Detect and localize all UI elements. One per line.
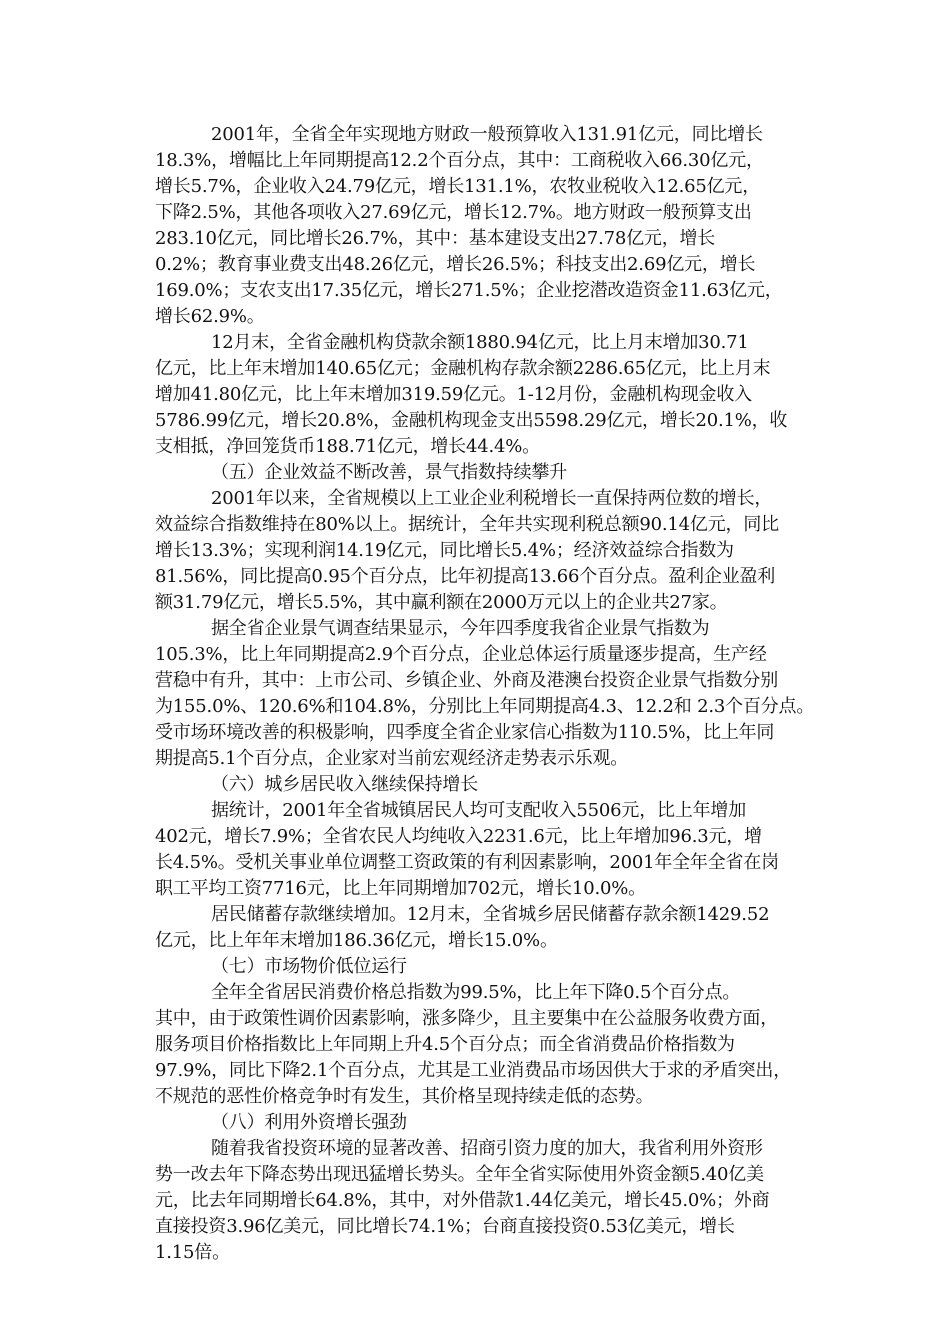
section-heading-foreign-investment: （八）利用外资增长强劲 (155, 1110, 815, 1136)
text-line: 长4.5%。受机关事业单位调整工资政策的有利因素影响，2001年全年全省在岗 (155, 850, 815, 876)
text-line: 效益综合指数维持在80%以上。据统计，全年共实现利税总额90.14亿元，同比 (155, 512, 815, 538)
text-line: 增长13.3%；实现利润14.19亿元，同比增长5.4%；经济效益综合指数为 (155, 538, 815, 564)
text-line: 增长5.7%，企业收入24.79亿元，增长131.1%，农牧业税收入12.65亿… (155, 174, 815, 200)
text-line: 直接投资3.96亿美元，同比增长74.1%；台商直接投资0.53亿美元，增长 (155, 1214, 815, 1240)
text-line: 2001年，全省全年实现地方财政一般预算收入131.91亿元，同比增长 (155, 122, 815, 148)
text-line: 0.2%；教育事业费支出48.26亿元，增长26.5%；科技支出2.69亿元，增… (155, 252, 815, 278)
paragraph-income-statistics: 据统计，2001年全省城镇居民人均可支配收入5506元，比上年增加 402元，增… (155, 798, 815, 902)
text-line: 为155.0%、120.6%和104.8%，分别比上年同期提高4.3、12.2和… (155, 694, 815, 720)
paragraph-foreign-capital: 随着我省投资环境的显著改善、招商引资力度的加大，我省利用外资形 势一改去年下降态… (155, 1136, 815, 1266)
section-heading-resident-income: （六）城乡居民收入继续保持增长 (155, 772, 815, 798)
text-line: 额31.79亿元，增长5.5%，其中赢利额在2000万元以上的企业共27家。 (155, 590, 815, 616)
text-line: 12月末，全省金融机构贷款余额1880.94亿元，比上月末增加30.71 (155, 330, 815, 356)
text-line: 据全省企业景气调查结果显示，今年四季度我省企业景气指数为 (155, 616, 815, 642)
paragraph-consumer-prices: 全年全省居民消费价格总指数为99.5%，比上年下降0.5个百分点。 其中，由于政… (155, 980, 815, 1110)
text-line: 5786.99亿元，增长20.8%，金融机构现金支出5598.29亿元，增长20… (155, 408, 815, 434)
text-line: 169.0%；支农支出17.35亿元，增长271.5%；企业挖潜改造资金11.6… (155, 278, 815, 304)
text-line: 居民储蓄存款继续增加。12月末，全省城乡居民储蓄存款余额1429.52 (155, 902, 815, 928)
text-line: 402元，增长7.9%；全省农民人均纯收入2231.6元，比上年增加96.3元，… (155, 824, 815, 850)
paragraph-financial-institutions: 12月末，全省金融机构贷款余额1880.94亿元，比上月末增加30.71 亿元，… (155, 330, 815, 460)
text-line: 受市场环境改善的积极影响，四季度全省企业家信心指数为110.5%，比上年同 (155, 720, 815, 746)
paragraph-business-climate: 据全省企业景气调查结果显示，今年四季度我省企业景气指数为 105.3%，比上年同… (155, 616, 815, 772)
section-heading-enterprise-efficiency: （五）企业效益不断改善，景气指数持续攀升 (155, 460, 815, 486)
text-line: 不规范的恶性价格竞争时有发生，其价格呈现持续走低的态势。 (155, 1084, 815, 1110)
text-line: 增加41.80亿元，比上年末增加319.59亿元。1-12月份，金融机构现金收入 (155, 382, 815, 408)
text-line: 81.56%，同比提高0.95个百分点，比年初提高13.66个百分点。盈利企业盈… (155, 564, 815, 590)
text-line: 支相抵，净回笼货币188.71亿元，增长44.4%。 (155, 434, 815, 460)
text-line: 随着我省投资环境的显著改善、招商引资力度的加大，我省利用外资形 (155, 1136, 815, 1162)
text-line: 服务项目价格指数比上年同期上升4.5个百分点；而全省消费品价格指数为 (155, 1032, 815, 1058)
text-line: 18.3%，增幅比上年同期提高12.2个百分点，其中：工商税收入66.30亿元， (155, 148, 815, 174)
section-heading-market-prices: （七）市场物价低位运行 (155, 954, 815, 980)
text-line: 下降2.5%，其他各项收入27.69亿元，增长12.7%。地方财政一般预算支出 (155, 200, 815, 226)
text-line: 元，比去年同期增长64.8%，其中，对外借款1.44亿美元，增长45.0%；外商 (155, 1188, 815, 1214)
text-line: 职工平均工资7716元，比上年同期增加702元，增长10.0%。 (155, 876, 815, 902)
text-line: 1.15倍。 (155, 1240, 815, 1266)
text-line: 2001年以来，全省规模以上工业企业利税增长一直保持两位数的增长， (155, 486, 815, 512)
text-line: 283.10亿元，同比增长26.7%，其中：基本建设支出27.78亿元，增长 (155, 226, 815, 252)
text-line: 期提高5.1个百分点，企业家对当前宏观经济走势表示乐观。 (155, 746, 815, 772)
text-line: 势一改去年下降态势出现迅猛增长势头。全年全省实际使用外资金额5.40亿美 (155, 1162, 815, 1188)
text-line: 增长62.9%。 (155, 304, 815, 330)
text-line: 据统计，2001年全省城镇居民人均可支配收入5506元，比上年增加 (155, 798, 815, 824)
text-line: 105.3%，比上年同期提高2.9个百分点，企业总体运行质量逐步提高，生产经 (155, 642, 815, 668)
paragraph-savings-deposits: 居民储蓄存款继续增加。12月末，全省城乡居民储蓄存款余额1429.52 亿元，比… (155, 902, 815, 954)
text-line: 亿元，比上年末增加140.65亿元；金融机构存款余额2286.65亿元，比上月末 (155, 356, 815, 382)
paragraph-fiscal-revenue: 2001年，全省全年实现地方财政一般预算收入131.91亿元，同比增长 18.3… (155, 122, 815, 330)
text-line: 97.9%，同比下降2.1个百分点，尤其是工业消费品市场因供大于求的矛盾突出， (155, 1058, 815, 1084)
text-line: 营稳中有升，其中：上市公司、乡镇企业、外商及港澳台投资企业景气指数分别 (155, 668, 815, 694)
text-line: 亿元，比上年年末增加186.36亿元，增长15.0%。 (155, 928, 815, 954)
paragraph-industrial-profits: 2001年以来，全省规模以上工业企业利税增长一直保持两位数的增长， 效益综合指数… (155, 486, 815, 616)
text-line: 其中，由于政策性调价因素影响，涨多降少，且主要集中在公益服务收费方面， (155, 1006, 815, 1032)
text-line: 全年全省居民消费价格总指数为99.5%，比上年下降0.5个百分点。 (155, 980, 815, 1006)
document-page: 2001年，全省全年实现地方财政一般预算收入131.91亿元，同比增长 18.3… (155, 122, 815, 1266)
